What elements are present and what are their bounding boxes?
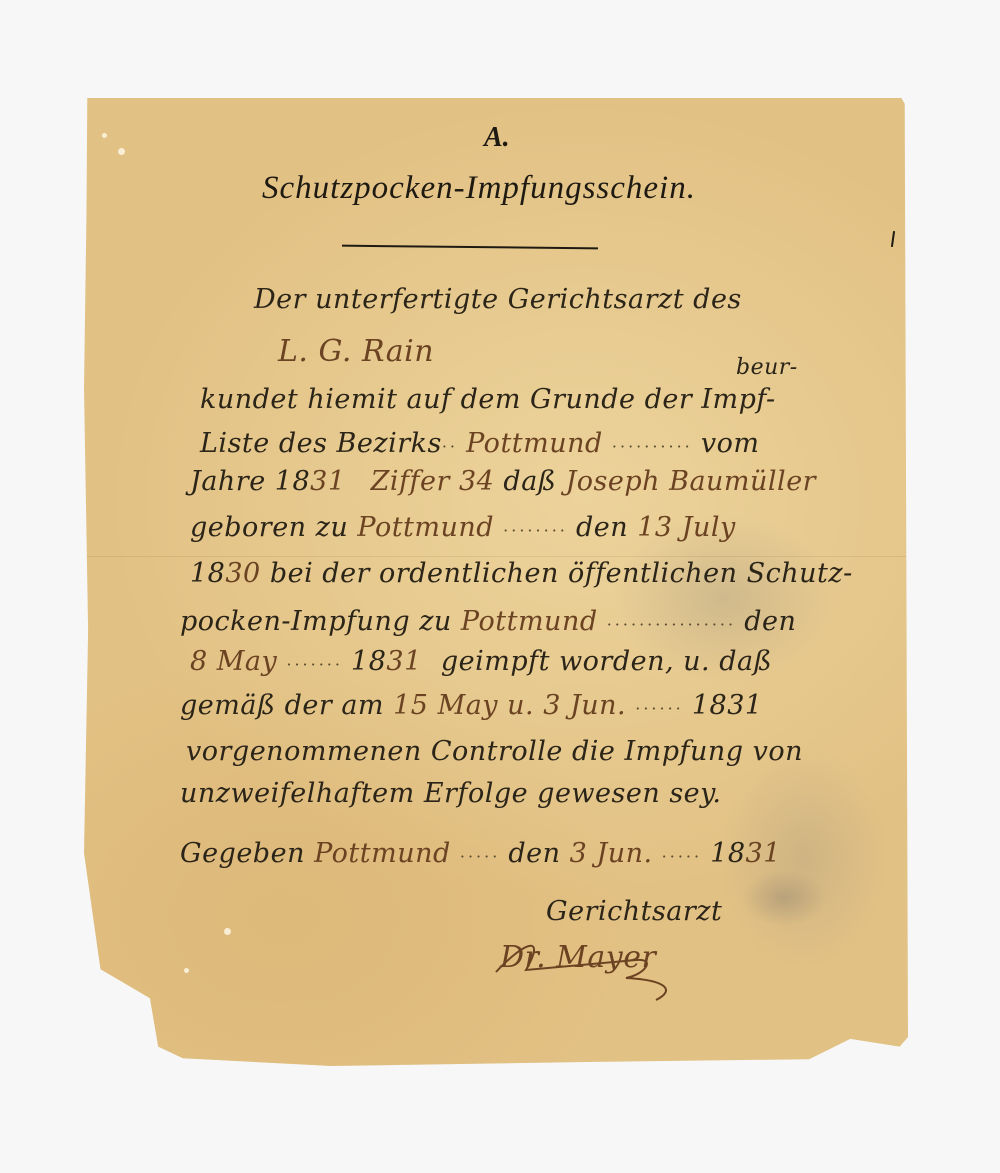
text-line-issued: Gegeben Pottmund ····· den 3 Jun. ····· … <box>180 838 781 869</box>
district-name: Pottmund <box>466 428 603 459</box>
issue-year: 31 <box>746 838 781 869</box>
paper-spot <box>118 148 125 155</box>
vaccinee-name: Joseph Baumüller <box>565 466 816 497</box>
signatory-role: Gerichtsarzt <box>546 896 722 927</box>
list-year: 31 <box>310 466 345 497</box>
text-line-5: Jahre 1831 Ziffer 34 daß Joseph Baumülle… <box>190 466 816 497</box>
text-line-8: pocken-Impfung zu Pottmund ·············… <box>180 606 796 637</box>
control-dates: 15 May u. 3 Jun. <box>393 690 626 721</box>
paper-spot <box>184 968 189 973</box>
paper-spot <box>102 133 107 138</box>
birth-year: 30 <box>225 558 260 589</box>
issue-date: 3 Jun. <box>570 838 653 869</box>
birth-place: Pottmund <box>357 512 494 543</box>
vaccination-date: 8 May <box>190 646 277 677</box>
signature-flourish-icon <box>486 930 706 1010</box>
document-title: Schutzpocken-Impfungsschein. <box>262 170 696 207</box>
text-line-10: gemäß der am 15 May u. 3 Jun. ······ 183… <box>180 690 763 721</box>
text-line-1: Der unterfertigte Gerichtsarzt des <box>254 284 742 315</box>
list-number: 34 <box>459 466 494 497</box>
court-name: L. G. Rain <box>278 334 434 369</box>
fold-line-vertical <box>910 98 911 1066</box>
vaccination-year: 31 <box>386 646 421 677</box>
text-line-2-right: beur- <box>736 355 798 380</box>
fold-line-horizontal <box>84 556 908 557</box>
text-line-6: geboren zu Pottmund ········ den 13 July <box>190 512 736 543</box>
birth-date: 13 July <box>637 512 736 543</box>
paper-spot <box>224 928 231 935</box>
vaccination-place: Pottmund <box>461 606 598 637</box>
document-letter-heading: A. <box>484 122 510 154</box>
text-line-4: Liste des Bezirks·· Pottmund ·········· … <box>200 428 759 459</box>
text-line-12: unzweifelhaftem Erfolge gewesen sey. <box>180 778 721 809</box>
text-line-7: 1830 bei der ordentlichen öffentlichen S… <box>190 558 853 589</box>
text-line-11: vorgenommenen Controlle die Impfung von <box>186 736 803 767</box>
text-line-3: kundet hiemit auf dem Grunde der Impf- <box>200 384 776 415</box>
issue-place: Pottmund <box>314 838 451 869</box>
text-line-9: 8 May ······· 1831 geimpft worden, u. da… <box>190 646 772 677</box>
